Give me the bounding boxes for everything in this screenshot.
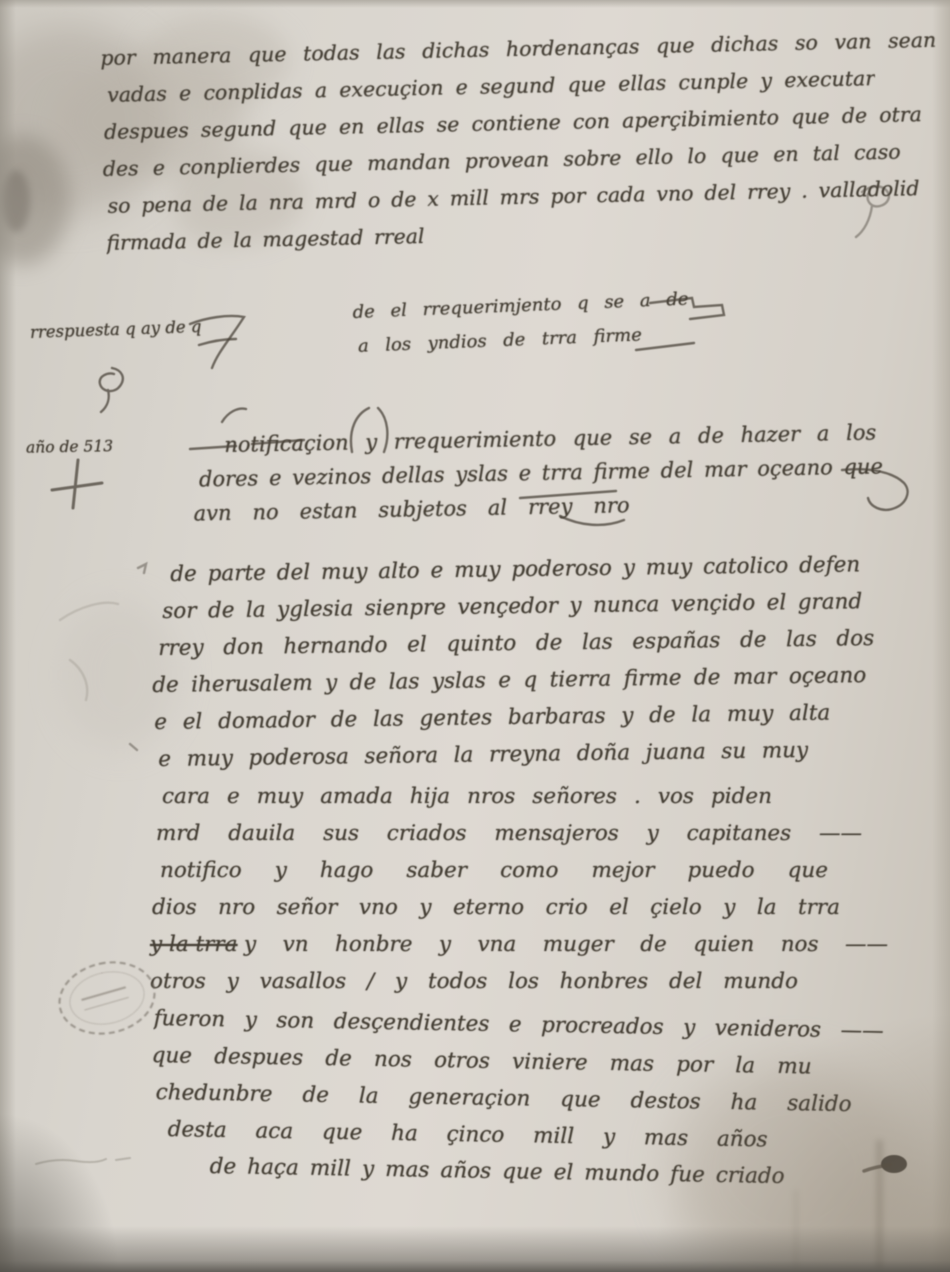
heading-bracket-flourish-icon [636, 298, 724, 350]
pencil-annotation [36, 1158, 130, 1164]
ink-blot-icon [864, 1155, 907, 1173]
line-tail-flourish-icon [520, 469, 908, 525]
scanned-manuscript-page: por manera que todas las dichas hordenan… [0, 0, 950, 1272]
margin-flourish-icon [60, 186, 889, 750]
rubric-stroke-icon [100, 316, 244, 412]
leader-dashes-icon [190, 408, 387, 452]
margin-cross-icon [52, 460, 102, 508]
pen-flourishes [0, 0, 950, 1272]
